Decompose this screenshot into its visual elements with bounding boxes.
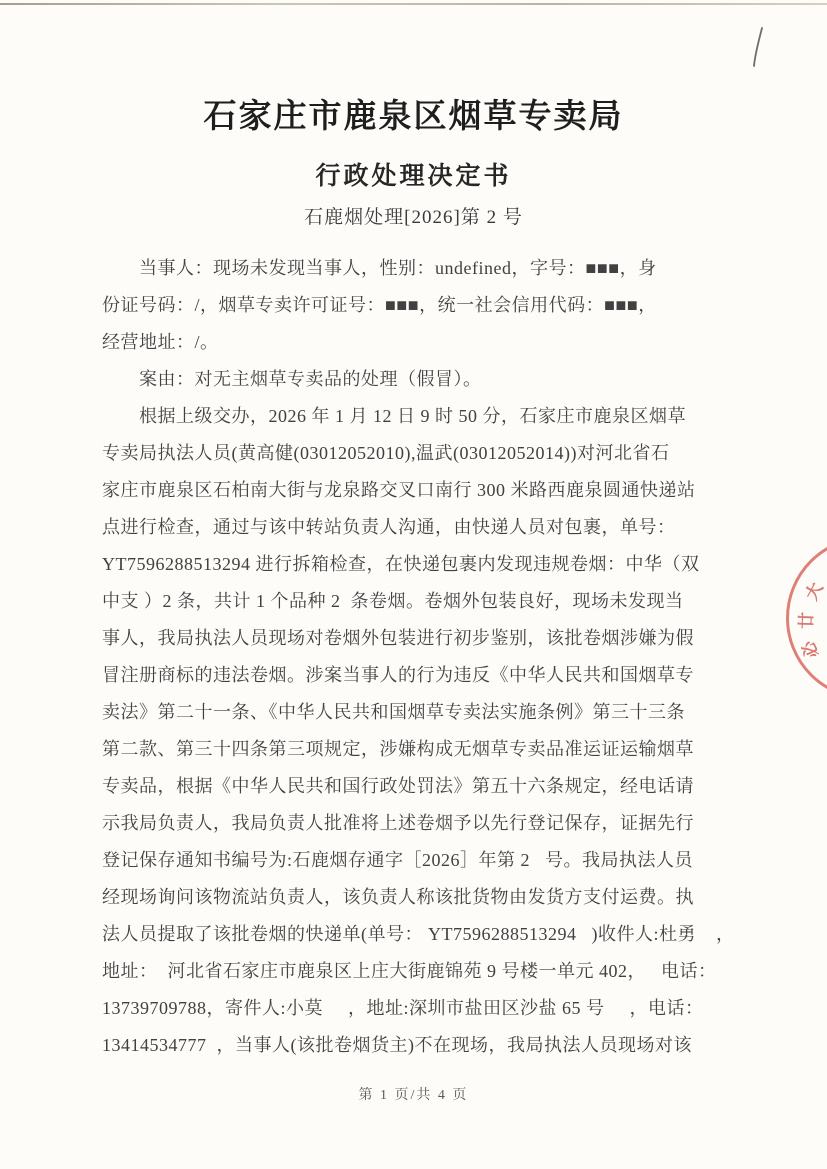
- seal-character: 廿: [792, 612, 818, 630]
- body-text-line: 法人员提取了该批卷烟的快递单(单号： YT7596288513294 )收件人:…: [102, 916, 742, 953]
- body-text-line: 冒注册商标的违法卷烟。涉案当事人的行为违反《中华人民共和国烟草专: [102, 657, 742, 694]
- body-text-line: 事人，我局执法人员现场对卷烟外包装进行初步鉴别，该批卷烟涉嫌为假: [102, 620, 742, 657]
- body-text-line: 经现场询问该物流站负责人，该负责人称该批货物由发货方支付运费。执: [102, 879, 742, 916]
- body-text-line: 当事人：现场未发现当事人，性别：undefined，字号：■■■，身: [102, 250, 742, 287]
- body-text-line: 13739709788，寄件人:小莫 ，地址:深圳市盐田区沙盐 65 号 ，电话…: [102, 990, 742, 1027]
- body-text-line: YT7596288513294 进行拆箱检查，在快递包裹内发现违规卷烟：中华（双: [102, 546, 742, 583]
- body-text-line: 中支 ）2 条，共计 1 个品种 2 条卷烟。卷烟外包装良好，现场未发现当: [102, 583, 742, 620]
- page-number-footer: 第 1 页/共 4 页: [0, 1084, 827, 1104]
- issuing-authority-title: 石家庄市鹿泉区烟草专卖局: [0, 90, 827, 137]
- scan-edge-artifact: [0, 3, 827, 5]
- scanned-document-page: 石家庄市鹿泉区烟草专卖局 行政处理决定书 石鹿烟处理[2026]第 2 号 当事…: [0, 0, 827, 1169]
- document-title: 行政处理决定书: [0, 156, 827, 192]
- body-text-line: 经营地址：/。: [102, 324, 742, 361]
- body-text-line: 根据上级交办，2026 年 1 月 12 日 9 时 50 分，石家庄市鹿泉区烟…: [102, 398, 742, 435]
- body-text-line: 地址： 河北省石家庄市鹿泉区上庄大街鹿锦苑 9 号楼一单元 402， 电话：: [102, 953, 742, 990]
- body-text-line: 点进行检查，通过与该中转站负责人沟通，由快递人员对包裹，单号：: [102, 509, 742, 546]
- body-text-line: 案由：对无主烟草专卖品的处理（假冒）。: [102, 361, 742, 398]
- body-text-line: 家庄市鹿泉区石柏南大街与龙泉路交叉口南行 300 米路西鹿泉圆通快递站: [102, 472, 742, 509]
- body-text-line: 示我局负责人，我局负责人批准将上述卷烟予以先行登记保存，证据先行: [102, 805, 742, 842]
- body-text-line: 卖法》第二十一条、《中华人民共和国烟草专卖法实施条例》第三十三条: [102, 694, 742, 731]
- body-text-line: 份证号码：/，烟草专卖许可证号：■■■，统一社会信用代码：■■■，: [102, 287, 742, 324]
- document-number: 石鹿烟处理[2026]第 2 号: [0, 202, 827, 229]
- body-text-line: 13414534777 ，当事人(该批卷烟货主)不在现场，我局执法人员现场对该: [102, 1027, 742, 1064]
- handwritten-slash-mark: [735, 20, 795, 90]
- body-text-line: 登记保存通知书编号为:石鹿烟存通字［2026］年第 2 号。我局执法人员: [102, 842, 742, 879]
- body-text-line: 第二款、第三十四条第三项规定，涉嫌构成无烟草专卖品准运证运输烟草: [102, 731, 742, 768]
- body-text-line: 专卖品，根据《中华人民共和国行政处罚法》第五十六条规定，经电话请: [102, 768, 742, 805]
- document-body: 当事人：现场未发现当事人，性别：undefined，字号：■■■，身份证号码：/…: [102, 250, 742, 1064]
- body-text-line: 专卖局执法人员(黄高健(03012052010),温武(03012052014)…: [102, 435, 742, 472]
- red-official-seal-partial: 大 廿 必: [770, 540, 827, 700]
